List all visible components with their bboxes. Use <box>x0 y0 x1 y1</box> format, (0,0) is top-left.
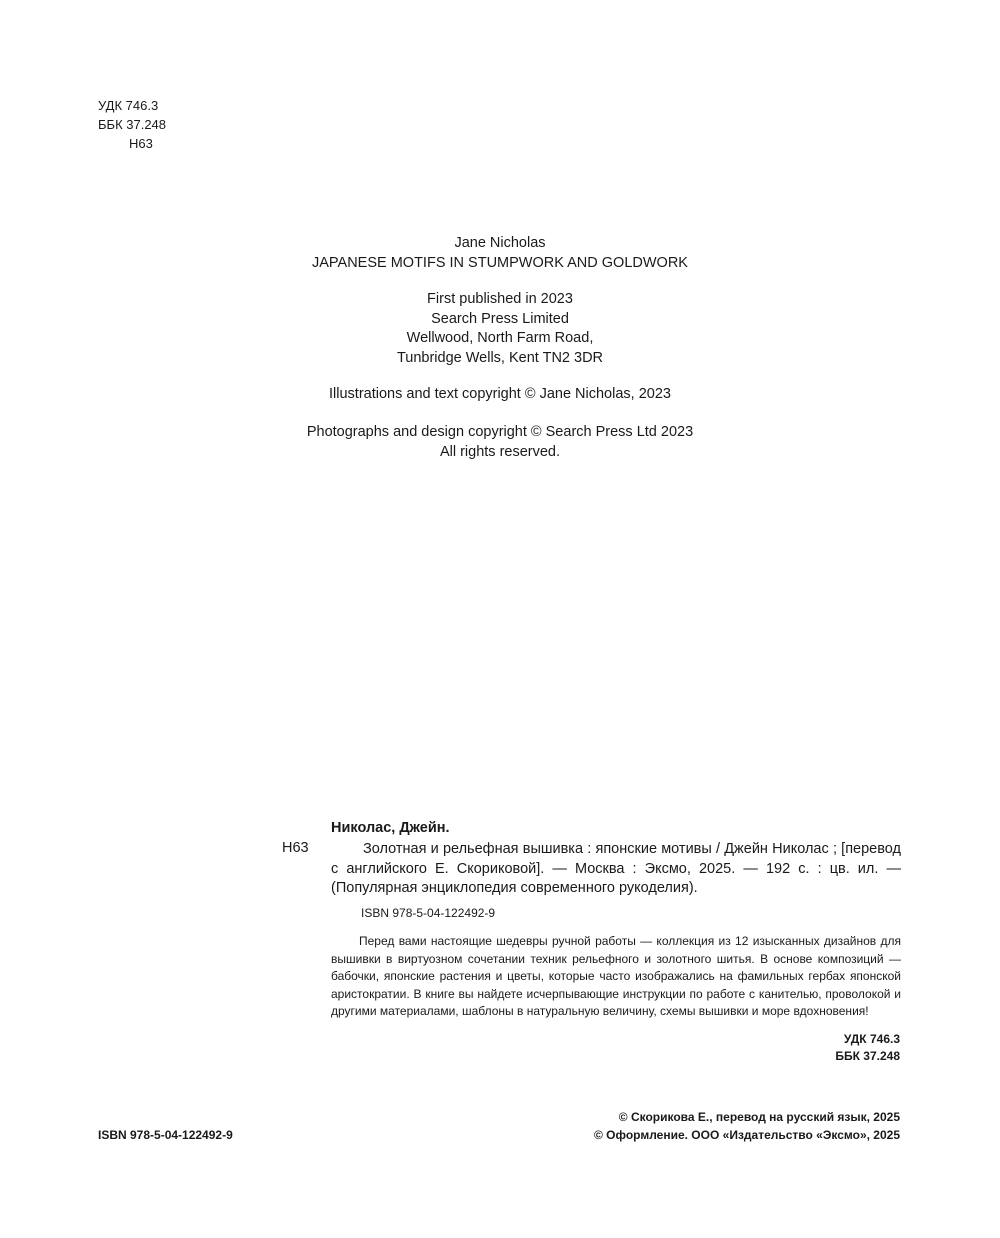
classification-top-left: УДК 746.3 ББК 37.248 Н63 <box>98 96 166 153</box>
footer-isbn: ISBN 978-5-04-122492-9 <box>98 1128 233 1142</box>
catalog-code: Н63 <box>282 840 309 856</box>
catalog-bbk: ББК 37.248 <box>700 1048 900 1065</box>
author-code: Н63 <box>98 134 166 153</box>
catalog-author-heading: Николас, Джейн. <box>331 820 450 836</box>
photographs-copyright: Photographs and design copyright © Searc… <box>200 423 800 443</box>
copyright-translation: © Скорикова Е., перевод на русский язык,… <box>540 1109 900 1127</box>
footer-copyrights: © Скорикова Е., перевод на русский язык,… <box>540 1109 900 1144</box>
publication-line: First published in 2023 <box>200 290 800 310</box>
publication-line: Search Press Limited <box>200 310 800 330</box>
publication-line: Wellwood, North Farm Road, <box>200 329 800 349</box>
copyright-design: © Оформление. ООО «Издательство «Эксмо»,… <box>540 1127 900 1145</box>
publication-line: Tunbridge Wells, Kent TN2 3DR <box>200 349 800 369</box>
catalog-description: Золотная и рельефная вышивка : японские … <box>331 840 901 899</box>
udk-code: УДК 746.3 <box>98 96 166 115</box>
rights-reserved: All rights reserved. <box>200 443 800 463</box>
bbk-code: ББК 37.248 <box>98 115 166 134</box>
catalog-classification: УДК 746.3 ББК 37.248 <box>700 1031 900 1065</box>
catalog-annotation: Перед вами настоящие шедевры ручной рабо… <box>331 933 901 1021</box>
original-title: JAPANESE MOTIFS IN STUMPWORK AND GOLDWOR… <box>200 254 800 274</box>
original-author: Jane Nicholas <box>200 234 800 254</box>
catalog-isbn: ISBN 978-5-04-122492-9 <box>361 906 495 920</box>
publication-info: First published in 2023 Search Press Lim… <box>200 290 800 368</box>
illustrations-copyright: Illustrations and text copyright © Jane … <box>200 385 800 405</box>
photographs-copyright-block: Photographs and design copyright © Searc… <box>200 423 800 462</box>
original-title-block: Jane Nicholas JAPANESE MOTIFS IN STUMPWO… <box>200 234 800 273</box>
catalog-udk: УДК 746.3 <box>700 1031 900 1048</box>
